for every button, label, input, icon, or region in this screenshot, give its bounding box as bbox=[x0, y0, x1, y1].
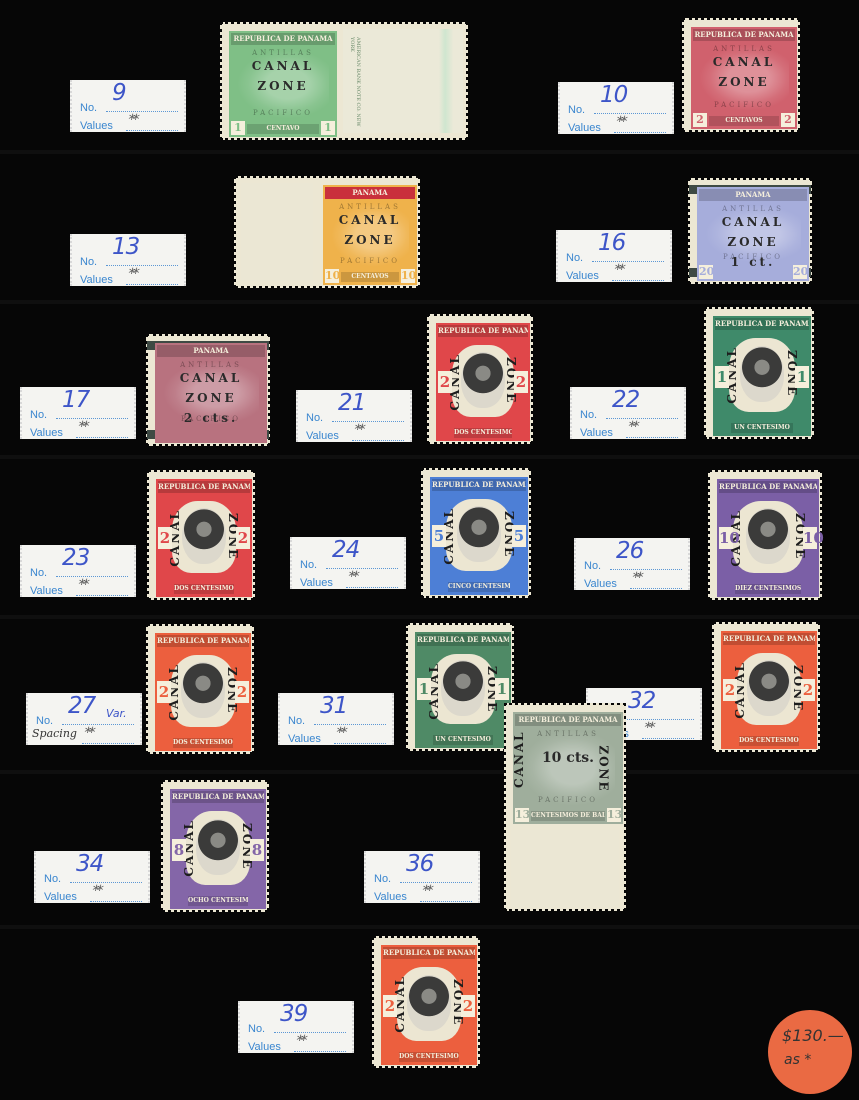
condition-grade: ** bbox=[76, 419, 87, 435]
value-numeral: 2 bbox=[158, 527, 172, 549]
condition-grade: ** bbox=[346, 569, 357, 585]
label-no-prefix: No. bbox=[568, 104, 585, 116]
catalog-label: No.9**Values bbox=[70, 80, 186, 132]
stamp[interactable]: PANAMAANTILLASPACIFICOCANALZONECENTAVOS1… bbox=[234, 176, 420, 288]
mount-strip bbox=[0, 455, 859, 459]
price-note: as * bbox=[784, 1052, 811, 1068]
stamp-design: REPUBLICA DE PANAMACANALZONEDOS CENTESIM… bbox=[436, 323, 530, 441]
catalog-label: No.17**Values bbox=[20, 387, 136, 439]
value-numeral: 1 bbox=[715, 366, 729, 388]
label-no-prefix: No. bbox=[374, 873, 391, 885]
label-no-prefix: No. bbox=[44, 873, 61, 885]
label-values-prefix: Values bbox=[30, 585, 63, 597]
portrait bbox=[746, 508, 790, 564]
map-label: ANTILLAS bbox=[155, 361, 267, 369]
denomination: DOS CENTESIMOS bbox=[739, 736, 799, 746]
map-label: ANTILLAS bbox=[691, 45, 797, 53]
label-values-prefix: Values bbox=[584, 578, 617, 590]
value-numeral: 1 bbox=[231, 121, 245, 135]
value-numeral: 2 bbox=[235, 681, 249, 703]
catalog-label: No.13**Values bbox=[70, 234, 186, 286]
label-no-prefix: No. bbox=[306, 412, 323, 424]
stamp-design: REPUBLICA DE PANAMACANALZONEDIEZ CENTESI… bbox=[717, 479, 819, 597]
catalog-label: No.34**Values bbox=[34, 851, 150, 903]
label-values-prefix: Values bbox=[374, 891, 407, 903]
denomination: UN CENTESIMO bbox=[433, 735, 493, 745]
label-values-prefix: Values bbox=[30, 427, 63, 439]
value-numeral: 8 bbox=[250, 839, 264, 861]
stamp-country: REPUBLICA DE PANAMA bbox=[383, 947, 475, 959]
denomination: CENTAVOS bbox=[709, 116, 779, 126]
label-values-prefix: Values bbox=[80, 274, 113, 286]
dotted-line bbox=[612, 280, 664, 281]
condition-grade: ** bbox=[626, 419, 637, 435]
condition-grade: ** bbox=[294, 1033, 305, 1049]
stamp-country: REPUBLICA DE PANAMA bbox=[158, 481, 250, 493]
catalog-label: No.16**Values bbox=[556, 230, 672, 282]
label-values-prefix: Values bbox=[580, 427, 613, 439]
dotted-line bbox=[314, 724, 386, 725]
stamp[interactable]: REPUBLICA DE PANAMACANALZONEDOS CENTESIM… bbox=[427, 314, 533, 444]
stamp-country: REPUBLICA DE PANAMA bbox=[231, 33, 335, 45]
value-numeral: 5 bbox=[512, 525, 526, 547]
catalog-number: 13 bbox=[112, 234, 139, 260]
map-label: ANTILLAS bbox=[229, 49, 337, 57]
stamp-design: REPUBLICA DE PANAMACANALZONEUN CENTESIMO… bbox=[713, 316, 811, 436]
label-no-prefix: No. bbox=[584, 560, 601, 572]
label-no-prefix: No. bbox=[30, 567, 47, 579]
overprint-text: CANAL bbox=[691, 55, 797, 69]
portrait bbox=[441, 660, 485, 716]
value-numeral: 1 bbox=[795, 366, 809, 388]
portrait bbox=[407, 975, 451, 1031]
catalog-number: 34 bbox=[76, 851, 103, 877]
condition-grade: ** bbox=[612, 262, 623, 278]
value-numeral: 13 bbox=[515, 808, 529, 822]
condition-grade: ** bbox=[642, 720, 653, 736]
map-label: PACIFICO bbox=[323, 257, 417, 265]
stamp-design: REPUBLICA DE PANAMACANALZONEDOS CENTESIM… bbox=[721, 631, 817, 749]
value-numeral: 2 bbox=[383, 995, 397, 1017]
overprint-text: CANAL bbox=[697, 215, 809, 229]
dotted-line bbox=[630, 588, 682, 589]
sheet-margin bbox=[241, 183, 313, 281]
dotted-line bbox=[334, 743, 386, 744]
portrait bbox=[740, 346, 784, 402]
denomination: DIEZ CENTESIMOS bbox=[735, 584, 801, 594]
stamp-country: REPUBLICA DE PANAMA bbox=[438, 325, 528, 337]
catalog-label: No.23**Values bbox=[20, 545, 136, 597]
catalog-label: No.31**Values bbox=[278, 693, 394, 745]
map-label: PACIFICO bbox=[513, 796, 623, 804]
stamp-country: PANAMA bbox=[325, 187, 415, 199]
imprint-text: AMERICAN BANK NOTE CO. NEW YORK bbox=[349, 37, 361, 137]
dotted-line bbox=[346, 587, 398, 588]
stamp-design: REPUBLICA DE PANAMAANTILLASPACIFICOCANAL… bbox=[691, 27, 797, 129]
price-text: $130.— bbox=[782, 1026, 844, 1045]
catalog-label: No.26**Values bbox=[574, 538, 690, 590]
dotted-line bbox=[622, 719, 694, 720]
catalog-number: 32 bbox=[628, 688, 655, 714]
catalog-label: No.10**Values bbox=[558, 82, 674, 134]
value-numeral: 8 bbox=[172, 839, 186, 861]
stamp-country: REPUBLICA DE PANAMA bbox=[715, 318, 809, 330]
mount-strip bbox=[0, 300, 859, 304]
value-numeral: 2 bbox=[157, 681, 171, 703]
portrait bbox=[457, 506, 501, 562]
stamp-country: REPUBLICA DE PANAMA bbox=[515, 714, 621, 726]
value-numeral: 13 bbox=[607, 808, 621, 822]
stamp[interactable]: REPUBLICA DE PANAMACANALZONEDIEZ CENTESI… bbox=[708, 470, 822, 600]
dotted-line bbox=[90, 901, 142, 902]
stamp[interactable]: REPUBLICA DE PANAMACANALZONEDOS CENTESIM… bbox=[147, 470, 255, 600]
catalog-label: No.22**Values bbox=[570, 387, 686, 439]
catalog-number: 22 bbox=[612, 387, 639, 413]
condition-grade: ** bbox=[90, 883, 101, 899]
condition-grade: ** bbox=[82, 725, 93, 741]
label-no-prefix: No. bbox=[36, 715, 53, 727]
dotted-line bbox=[332, 421, 404, 422]
value-numeral: 1 bbox=[495, 678, 509, 700]
label-no-prefix: No. bbox=[580, 409, 597, 421]
stamp-design: PANAMAANTILLASPACIFICOCANALZONECENTAVOS1… bbox=[323, 185, 417, 285]
dotted-line bbox=[294, 1051, 346, 1052]
mount-strip bbox=[0, 150, 859, 154]
variety-note: Var. bbox=[106, 707, 127, 720]
dotted-line bbox=[400, 882, 472, 883]
value-numeral: 5 bbox=[432, 525, 446, 547]
map-label: ANTILLAS bbox=[697, 205, 809, 213]
denomination: CENTAVO bbox=[247, 124, 319, 134]
label-values-prefix: Values bbox=[568, 122, 601, 134]
portrait bbox=[182, 508, 226, 564]
label-no-prefix: No. bbox=[30, 409, 47, 421]
overprint-text: CANAL bbox=[323, 213, 417, 227]
stamp[interactable]: REPUBLICA DE PANAMACANALZONEDOS CENTESIM… bbox=[712, 622, 820, 752]
dotted-line bbox=[614, 132, 666, 133]
dotted-line bbox=[70, 882, 142, 883]
sheet-margin bbox=[343, 29, 463, 133]
label-no-prefix: No. bbox=[248, 1023, 265, 1035]
stamp-country: REPUBLICA DE PANAMA bbox=[157, 635, 249, 647]
denomination: OCHO CENTESIMOS bbox=[188, 896, 248, 906]
dotted-line bbox=[642, 738, 694, 739]
value-numeral: 2 bbox=[723, 679, 737, 701]
price-sticker: $130.— as * bbox=[768, 1010, 852, 1094]
catalog-number: 26 bbox=[616, 538, 643, 564]
portrait bbox=[181, 662, 225, 718]
stamp[interactable]: REPUBLICA DE PANAMACANALZONEDOS CENTESIM… bbox=[372, 936, 480, 1068]
dotted-line bbox=[126, 284, 178, 285]
value-numeral: 10 bbox=[803, 527, 817, 549]
label-values-prefix: Values bbox=[248, 1041, 281, 1053]
stamp-design: PANAMAANTILLASPACIFICOCANALZONE2 cts. bbox=[155, 343, 267, 443]
label-values-prefix: Values bbox=[80, 120, 113, 132]
label-no-prefix: No. bbox=[300, 559, 317, 571]
map-label: PACIFICO bbox=[229, 109, 337, 117]
value-numeral: 20 bbox=[793, 265, 807, 279]
catalog-number: 27 bbox=[68, 693, 95, 719]
value-numeral: 20 bbox=[699, 265, 713, 279]
mount-strip bbox=[0, 615, 859, 619]
catalog-label: No.27Var.**Spacing bbox=[26, 693, 142, 745]
denomination: DOS CENTESIMOS bbox=[454, 428, 512, 438]
stamp-country: PANAMA bbox=[157, 345, 265, 357]
stamp-country: PANAMA bbox=[699, 189, 807, 201]
label-values-prefix: Values bbox=[288, 733, 321, 745]
stamp-design: REPUBLICA DE PANAMACANALZONEUN CENTESIMO… bbox=[415, 632, 511, 748]
overprint-text: ZONE bbox=[229, 79, 337, 93]
stamp[interactable]: AMERICAN BANK NOTE CO. NEW YORKREPUBLICA… bbox=[220, 22, 468, 140]
condition-grade: ** bbox=[76, 577, 87, 593]
value-numeral: 1 bbox=[417, 678, 431, 700]
mount-strip bbox=[0, 770, 859, 774]
condition-grade: ** bbox=[352, 422, 363, 438]
stamp-country: REPUBLICA DE PANAMA bbox=[719, 481, 817, 493]
spacing-note: Spacing bbox=[32, 727, 77, 740]
value-numeral: 10 bbox=[719, 527, 733, 549]
catalog-number: 24 bbox=[332, 537, 359, 563]
catalog-number: 9 bbox=[112, 80, 126, 106]
stamp[interactable]: REPUBLICA DE PANAMACANALZONEOCHO CENTESI… bbox=[161, 780, 269, 912]
stamp-country: REPUBLICA DE PANAMA bbox=[693, 29, 795, 41]
dotted-line bbox=[420, 901, 472, 902]
label-values-prefix: Values bbox=[566, 270, 599, 282]
stamp-design: REPUBLICA DE PANAMAANTILLASPACIFICOCANAL… bbox=[513, 712, 623, 824]
portrait bbox=[461, 352, 505, 408]
stamp[interactable]: REPUBLICA DE PANAMACANALZONEDOS CENTESIM… bbox=[146, 624, 254, 754]
stamp-country: REPUBLICA DE PANAMA bbox=[432, 479, 526, 491]
dotted-line bbox=[82, 743, 134, 744]
portrait bbox=[747, 660, 791, 716]
label-no-prefix: No. bbox=[566, 252, 583, 264]
portrait bbox=[196, 819, 240, 875]
stamp[interactable]: REPUBLICA DE PANAMAANTILLASPACIFICOCANAL… bbox=[682, 18, 800, 132]
catalog-label: No.24**Values bbox=[290, 537, 406, 589]
condition-grade: ** bbox=[420, 883, 431, 899]
condition-grade: ** bbox=[334, 725, 345, 741]
denomination: DOS CENTESIMOS bbox=[399, 1052, 459, 1062]
stamp-design: REPUBLICA DE PANAMAANTILLASPACIFICOCANAL… bbox=[229, 31, 337, 137]
value-numeral: 1 bbox=[321, 121, 335, 135]
catalog-number: 23 bbox=[62, 545, 89, 571]
stamp[interactable]: REPUBLICA DE PANAMACANALZONEUN CENTESIMO… bbox=[704, 307, 814, 439]
denomination: CINCO CENTESIMOS bbox=[448, 582, 510, 592]
dotted-line bbox=[352, 440, 404, 441]
label-no-prefix: No. bbox=[288, 715, 305, 727]
dotted-line bbox=[62, 724, 134, 725]
overprint-text: ZONE bbox=[697, 235, 809, 249]
catalog-number: 17 bbox=[62, 387, 89, 413]
catalog-number: 10 bbox=[600, 82, 627, 108]
stamp-design: PANAMAANTILLASPACIFICOCANALZONE1 ct.2020 bbox=[697, 187, 809, 281]
map-label: ANTILLAS bbox=[323, 203, 417, 211]
denomination: CENTESIMOS DE BALBOA bbox=[531, 811, 605, 821]
stamp-country: REPUBLICA DE PANAMA bbox=[723, 633, 815, 645]
stamp[interactable]: REPUBLICA DE PANAMACANALZONECINCO CENTES… bbox=[421, 468, 531, 598]
label-no-prefix: No. bbox=[80, 102, 97, 114]
stamp-design: REPUBLICA DE PANAMACANALZONEDOS CENTESIM… bbox=[381, 945, 477, 1065]
map-label: ANTILLAS bbox=[513, 730, 623, 738]
denomination: DOS CENTESIMOS bbox=[173, 738, 233, 748]
stamp-design: REPUBLICA DE PANAMACANALZONEOCHO CENTESI… bbox=[170, 789, 266, 909]
dotted-line bbox=[56, 576, 128, 577]
catalog-number: 36 bbox=[406, 851, 433, 877]
stamp-design: REPUBLICA DE PANAMACANALZONEDOS CENTESIM… bbox=[155, 633, 251, 751]
catalog-number: 16 bbox=[598, 230, 625, 256]
dotted-line bbox=[592, 261, 664, 262]
denomination: DOS CENTESIMOS bbox=[174, 584, 234, 594]
stamp-design: REPUBLICA DE PANAMACANALZONECINCO CENTES… bbox=[430, 477, 528, 595]
value-numeral: 2 bbox=[236, 527, 250, 549]
catalog-number: 39 bbox=[280, 1001, 307, 1027]
dotted-line bbox=[274, 1032, 346, 1033]
condition-grade: ** bbox=[126, 266, 137, 282]
catalog-number: 21 bbox=[338, 390, 365, 416]
label-no-prefix: No. bbox=[80, 256, 97, 268]
catalog-label: No.21**Values bbox=[296, 390, 412, 442]
stamp-country: REPUBLICA DE PANAMA bbox=[172, 791, 264, 803]
condition-grade: ** bbox=[126, 112, 137, 128]
denomination: UN CENTESIMO bbox=[731, 423, 793, 433]
stamp-country: REPUBLICA DE PANAMA bbox=[417, 634, 509, 646]
dotted-line bbox=[106, 265, 178, 266]
denomination: CENTAVOS bbox=[341, 272, 399, 282]
value-numeral: 2 bbox=[781, 113, 795, 127]
overprint-text: CANAL bbox=[229, 59, 337, 73]
dotted-line bbox=[610, 569, 682, 570]
dotted-line bbox=[76, 437, 128, 438]
overprint-text: ZONE bbox=[323, 233, 417, 247]
dotted-line bbox=[126, 130, 178, 131]
overprint-text: ZONE bbox=[691, 75, 797, 89]
catalog-number: 31 bbox=[320, 693, 347, 719]
label-values-prefix: Values bbox=[44, 891, 77, 903]
overprint-zone: ZONE bbox=[596, 745, 610, 792]
stamp[interactable]: REPUBLICA DE PANAMAANTILLASPACIFICOCANAL… bbox=[504, 703, 626, 911]
overprint-text: 2 cts. bbox=[155, 411, 267, 425]
label-values-prefix: Values bbox=[300, 577, 333, 589]
dotted-line bbox=[76, 595, 128, 596]
dotted-line bbox=[594, 113, 666, 114]
condition-grade: ** bbox=[630, 570, 641, 586]
sheet-margin bbox=[511, 830, 619, 908]
stamp-design: REPUBLICA DE PANAMACANALZONEDOS CENTESIM… bbox=[156, 479, 252, 597]
dotted-line bbox=[626, 437, 678, 438]
stamp[interactable]: REPUBLICA DE PANAMACANALZONEUN CENTESIMO… bbox=[406, 623, 514, 751]
dotted-line bbox=[606, 418, 678, 419]
value-numeral: 10 bbox=[325, 269, 339, 283]
dotted-line bbox=[326, 568, 398, 569]
dotted-line bbox=[106, 111, 178, 112]
condition-grade: ** bbox=[614, 114, 625, 130]
catalog-label: No.39**Values bbox=[238, 1001, 354, 1053]
value-numeral: 2 bbox=[514, 371, 528, 393]
dotted-line bbox=[56, 418, 128, 419]
value-numeral: 2 bbox=[801, 679, 815, 701]
overprint-text: CANAL bbox=[155, 371, 267, 385]
mount-strip bbox=[0, 925, 859, 929]
stamp[interactable]: PANAMAANTILLASPACIFICOCANALZONE1 ct.2020 bbox=[688, 178, 812, 284]
value-numeral: 2 bbox=[438, 371, 452, 393]
stamp[interactable]: PANAMAANTILLASPACIFICOCANALZONE2 cts. bbox=[146, 334, 270, 446]
value-numeral: 10 bbox=[401, 269, 415, 283]
value-numeral: 2 bbox=[461, 995, 475, 1017]
label-values-prefix: Values bbox=[306, 430, 339, 442]
album-page: No.9**ValuesAMERICAN BANK NOTE CO. NEW Y… bbox=[0, 0, 859, 1100]
catalog-label: No.36**Values bbox=[364, 851, 480, 903]
overprint-text: ZONE bbox=[155, 391, 267, 405]
value-numeral: 2 bbox=[693, 113, 707, 127]
map-label: PACIFICO bbox=[691, 101, 797, 109]
